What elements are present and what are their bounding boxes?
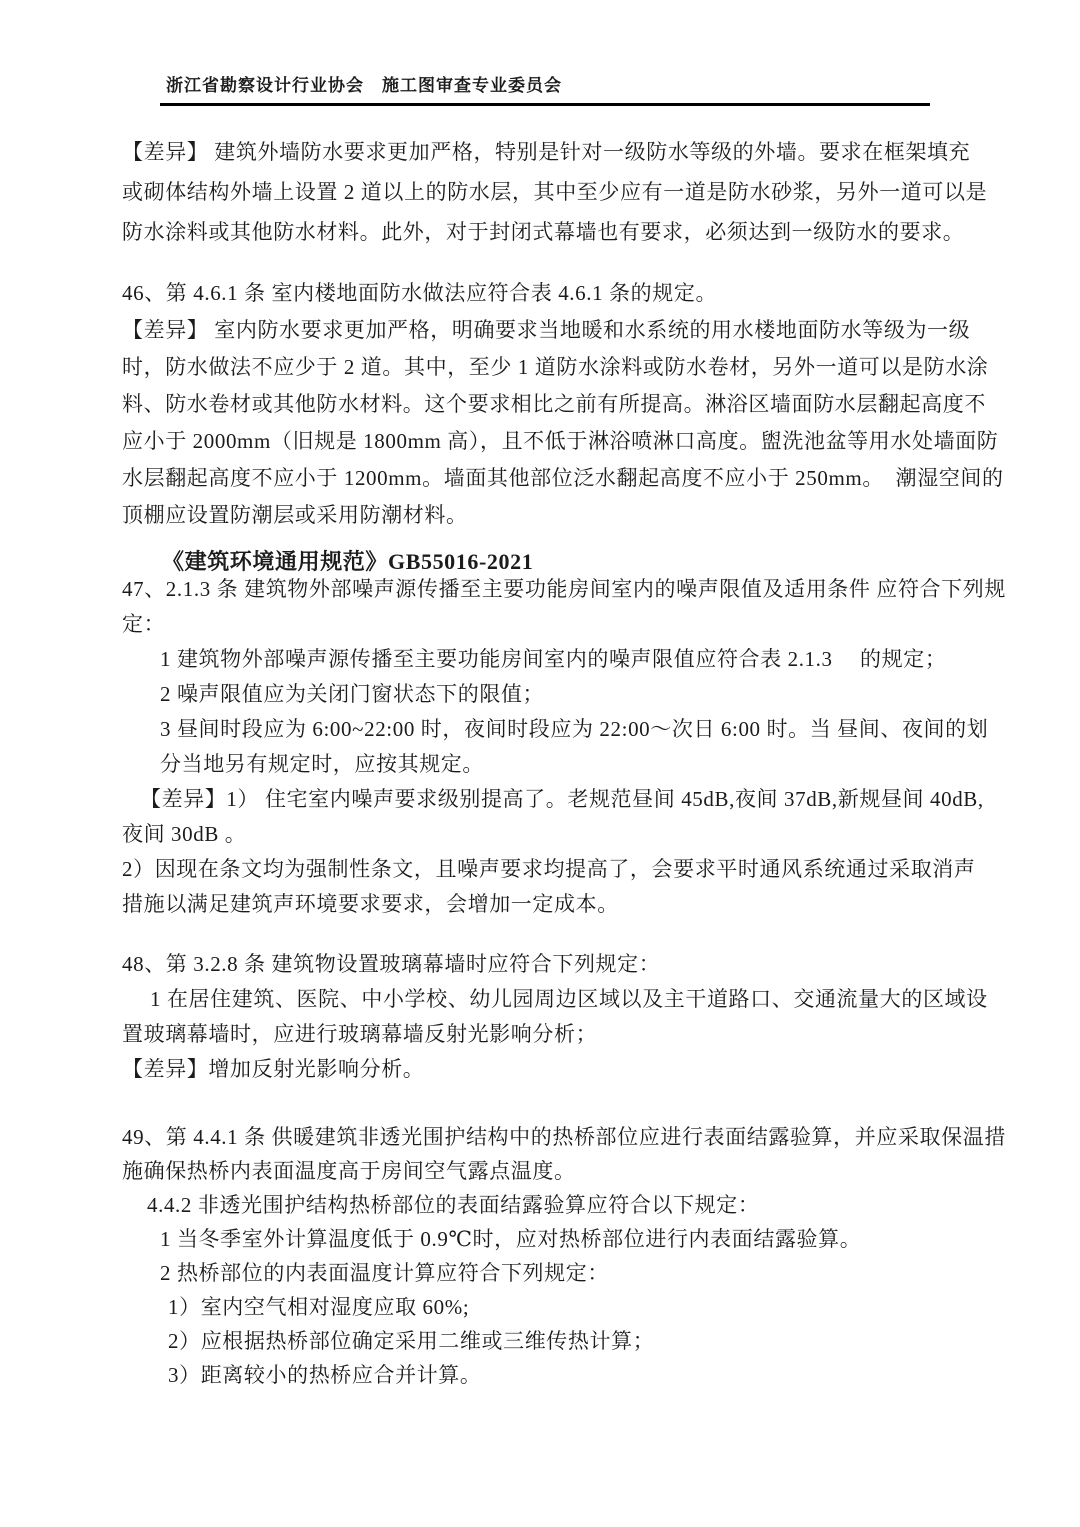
item-46-diff-line: 应小于 2000mm（旧规是 1800mm 高），且不低于淋浴喷淋口高度。盥洗池… bbox=[122, 423, 1004, 460]
item-47-subitem-2: 2 噪声限值应为关闭门窗状态下的限值； bbox=[122, 677, 1006, 712]
item-47-subitem-3-continue: 分当地另有规定时，应按其规定。 bbox=[122, 747, 1006, 782]
item-49-clause-442: 4.4.2 非透光围护结构热桥部位的表面结露验算应符合以下规定： bbox=[122, 1188, 1006, 1222]
item-46-diff-line: 水层翻起高度不应小于 1200mm。墙面其他部位泛水翻起高度不应小于 250mm… bbox=[122, 460, 1004, 497]
item-47-diff-line: 2）因现在条文均为强制性条文，且噪声要求均提高了，会要求平时通风系统通过采取消声 bbox=[122, 852, 1006, 887]
item-47-diff-line: 措施以满足建筑声环境要求要求，会增加一定成本。 bbox=[122, 887, 1006, 922]
item-46-diff-line: 料、防水卷材或其他防水材料。这个要求相比之前有所提高。淋浴区墙面防水层翻起高度不 bbox=[122, 386, 1004, 423]
item-47-heading-continue: 定： bbox=[122, 607, 1006, 642]
page-header-title: 浙江省勘察设计行业协会 施工图审查专业委员会 bbox=[166, 71, 562, 96]
item-48-section: 48、第 3.2.8 条 建筑物设置玻璃幕墙时应符合下列规定： 1 在居住建筑、… bbox=[122, 947, 988, 1087]
item-47-heading: 47、2.1.3 条 建筑物外部噪声源传播至主要功能房间室内的噪声限值及适用条件… bbox=[122, 572, 1006, 607]
item-47-diff-line: 【差异】1） 住宅室内噪声要求级别提高了。老规范昼间 45dB,夜间 37dB,… bbox=[122, 782, 1006, 817]
item-49-subitem-1: 1 当冬季室外计算温度低于 0.9℃时，应对热桥部位进行内表面结露验算。 bbox=[122, 1222, 1006, 1256]
item-47-subitem-1: 1 建筑物外部噪声源传播至主要功能房间室内的噪声限值应符合表 2.1.3 的规定… bbox=[122, 642, 1006, 677]
intro-diff-line: 【差异】 建筑外墙防水要求更加严格，特别是针对一级防水等级的外墙。要求在框架填充 bbox=[122, 132, 987, 172]
item-46-diff-line: 时，防水做法不应少于 2 道。其中，至少 1 道防水涂料或防水卷材，另外一道可以… bbox=[122, 349, 1004, 386]
item-49-heading-continue: 施确保热桥内表面温度高于房间空气露点温度。 bbox=[122, 1154, 1006, 1188]
item-48-subitem-1: 1 在居住建筑、医院、中小学校、幼儿园周边区域以及主干道路口、交通流量大的区域设 bbox=[122, 982, 988, 1017]
item-49-subitem-2: 2 热桥部位的内表面温度计算应符合下列规定： bbox=[122, 1256, 1006, 1290]
item-49-subitem-2-1: 1）室内空气相对湿度应取 60%; bbox=[122, 1290, 1006, 1324]
item-46-heading: 46、第 4.6.1 条 室内楼地面防水做法应符合表 4.6.1 条的规定。 bbox=[122, 275, 1004, 312]
item-46-section: 46、第 4.6.1 条 室内楼地面防水做法应符合表 4.6.1 条的规定。 【… bbox=[122, 275, 1004, 534]
item-48-heading: 48、第 3.2.8 条 建筑物设置玻璃幕墙时应符合下列规定： bbox=[122, 947, 988, 982]
item-48-subitem-1-continue: 置玻璃幕墙时，应进行玻璃幕墙反射光影响分析； bbox=[122, 1017, 988, 1052]
item-46-diff-line: 【差异】 室内防水要求更加严格，明确要求当地暖和水系统的用水楼地面防水等级为一级 bbox=[122, 312, 1004, 349]
intro-diff-paragraph: 【差异】 建筑外墙防水要求更加严格，特别是针对一级防水等级的外墙。要求在框架填充… bbox=[122, 132, 987, 252]
item-49-subitem-2-3: 3）距离较小的热桥应合并计算。 bbox=[122, 1358, 1006, 1392]
header-divider bbox=[160, 103, 930, 106]
document-page: 浙江省勘察设计行业协会 施工图审查专业委员会 【差异】 建筑外墙防水要求更加严格… bbox=[0, 0, 1080, 1527]
item-49-section: 49、第 4.4.1 条 供暖建筑非透光围护结构中的热桥部位应进行表面结露验算，… bbox=[122, 1120, 1006, 1392]
intro-diff-line: 防水涂料或其他防水材料。此外，对于封闭式幕墙也有要求，必须达到一级防水的要求。 bbox=[122, 212, 987, 252]
item-47-subitem-3: 3 昼间时段应为 6:00~22:00 时，夜间时段应为 22:00～次日 6:… bbox=[122, 712, 1006, 747]
item-46-diff-line: 顶棚应设置防潮层或采用防潮材料。 bbox=[122, 497, 1004, 534]
intro-diff-line: 或砌体结构外墙上设置 2 道以上的防水层，其中至少应有一道是防水砂浆，另外一道可… bbox=[122, 172, 987, 212]
item-49-subitem-2-2: 2）应根据热桥部位确定采用二维或三维传热计算； bbox=[122, 1324, 1006, 1358]
item-47-section: 47、2.1.3 条 建筑物外部噪声源传播至主要功能房间室内的噪声限值及适用条件… bbox=[122, 572, 1006, 922]
item-49-heading: 49、第 4.4.1 条 供暖建筑非透光围护结构中的热桥部位应进行表面结露验算，… bbox=[122, 1120, 1006, 1154]
item-47-diff-line: 夜间 30dB 。 bbox=[122, 817, 1006, 852]
item-48-diff-line: 【差异】增加反射光影响分析。 bbox=[122, 1052, 988, 1087]
